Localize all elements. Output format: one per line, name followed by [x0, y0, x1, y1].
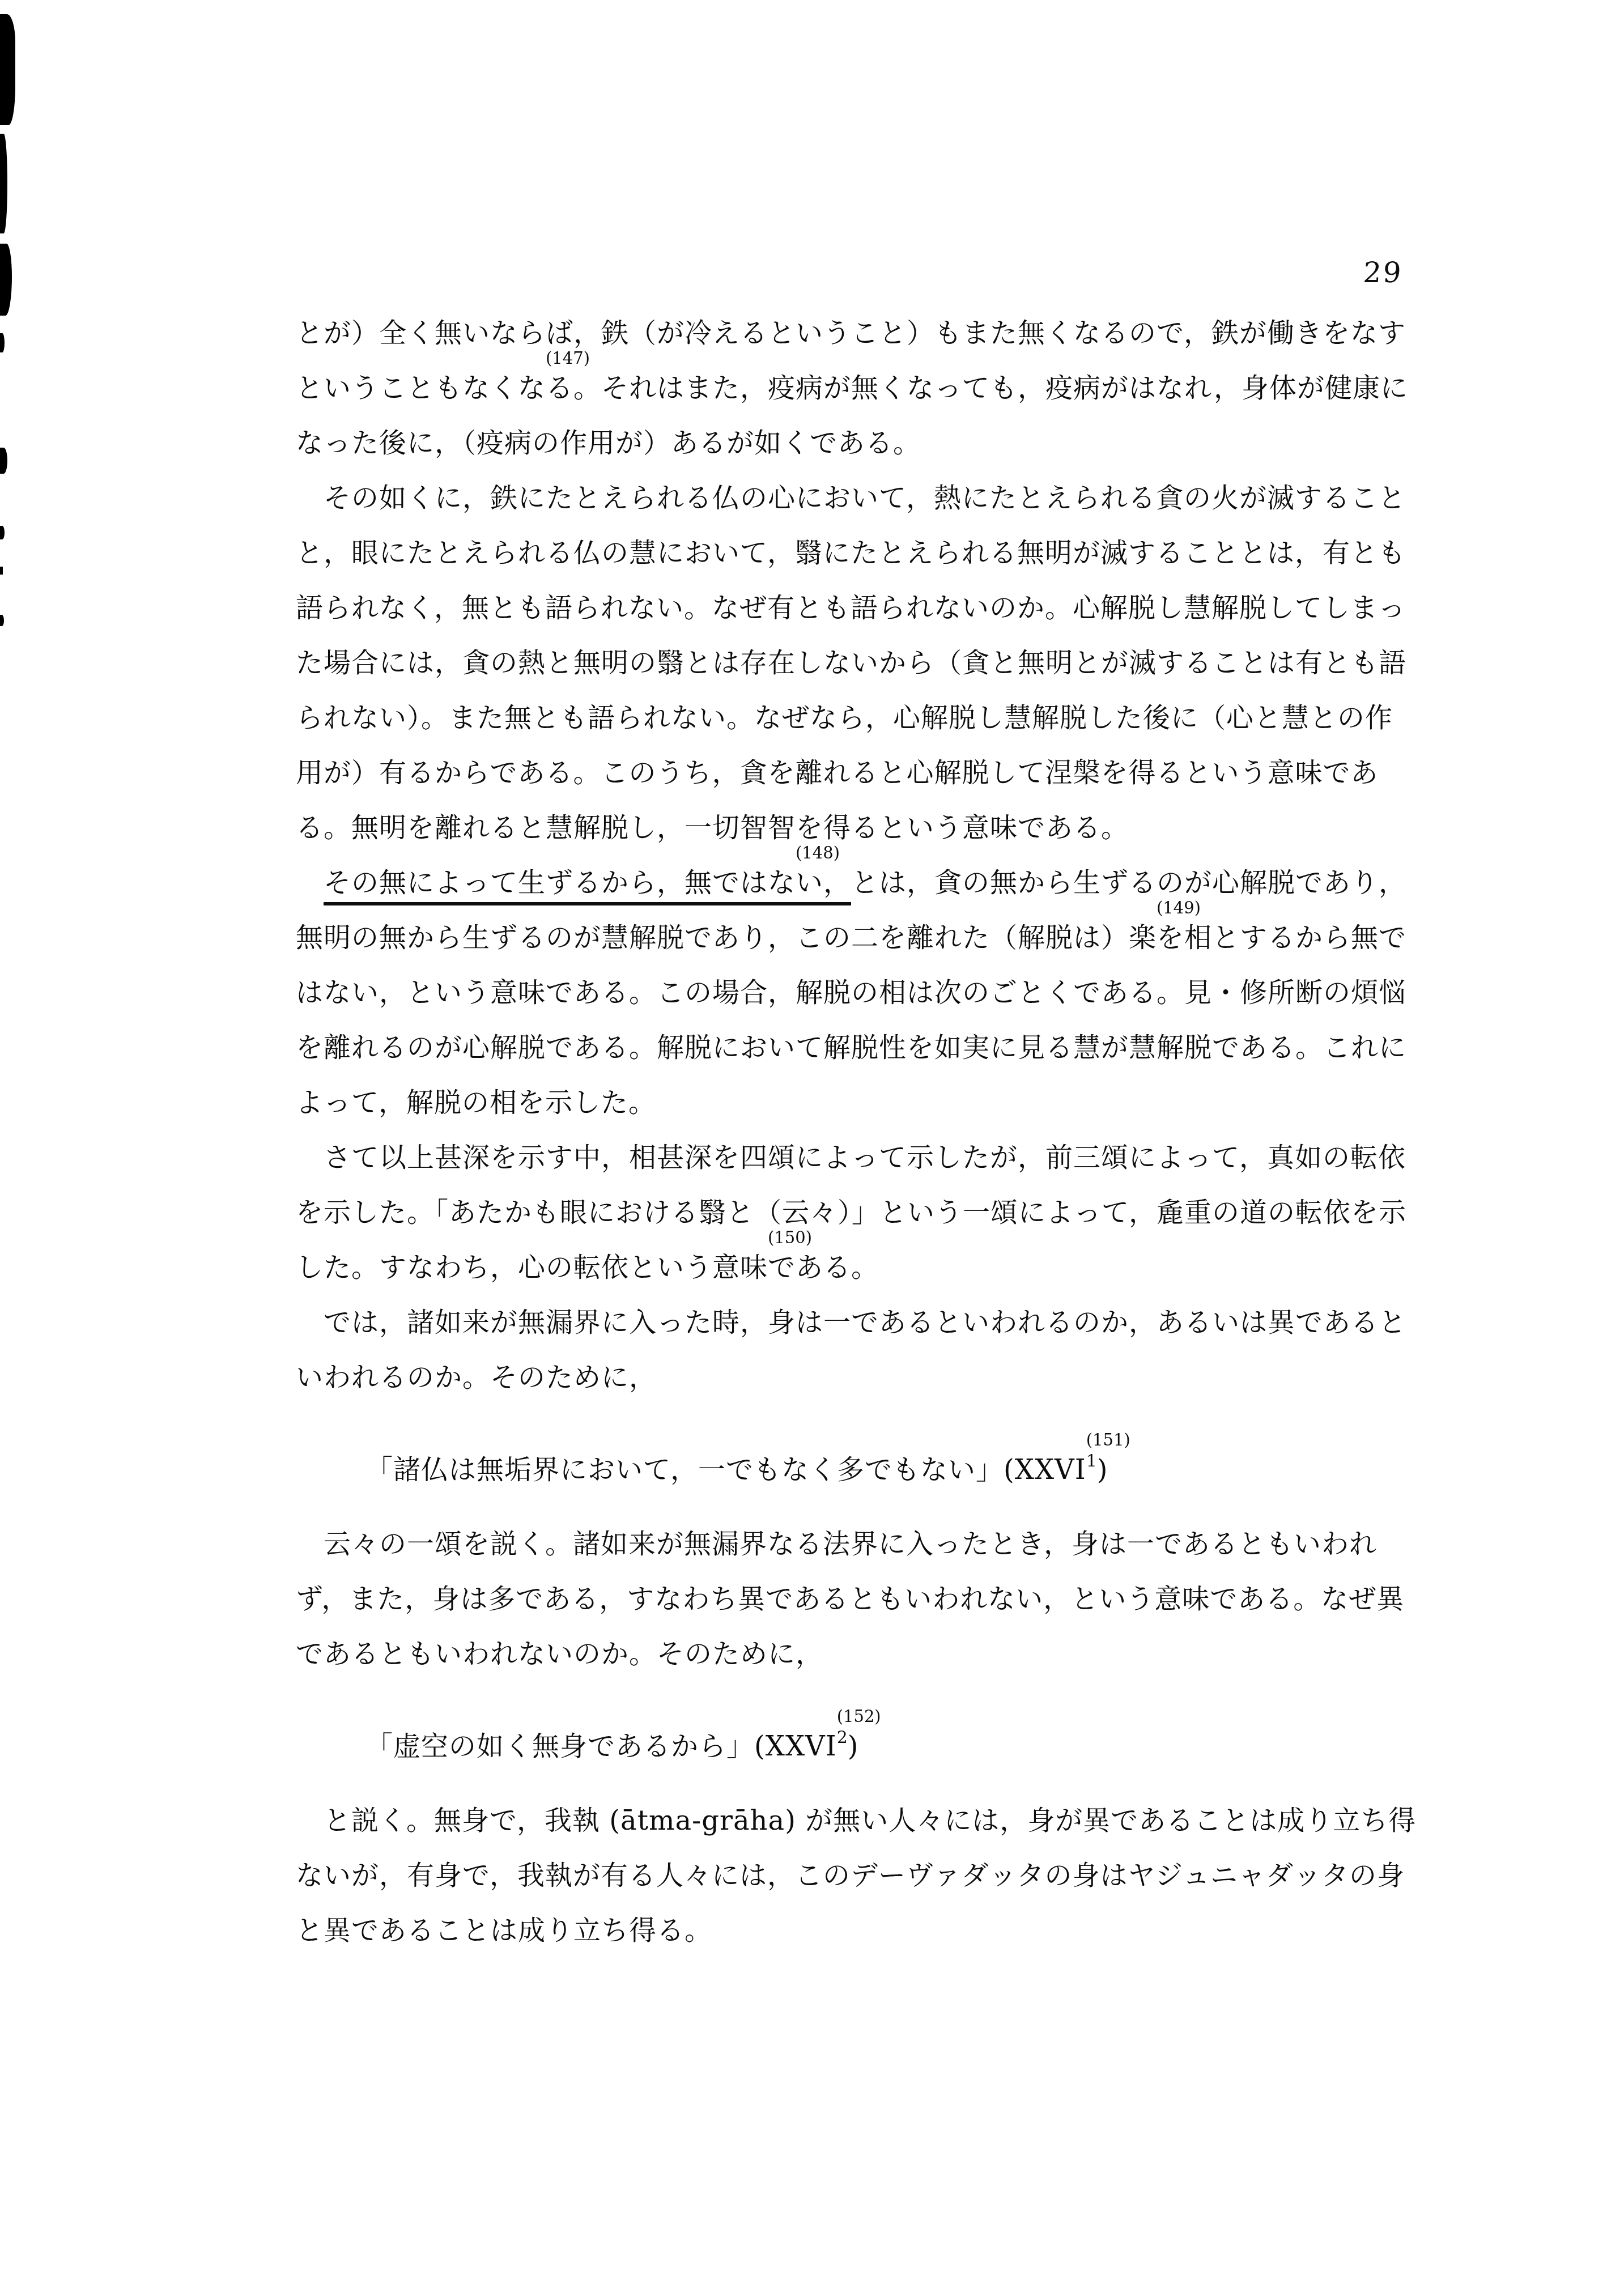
text-line: では，諸如来が無漏界に入った時，身は一であるといわれるのか，あるいは異であると — [296, 1295, 1508, 1350]
text-line: した。すなわち，心の転依という意味(150)である。 — [296, 1240, 1508, 1295]
underlined-text: その無によって生ずるから，無ではな — [324, 867, 796, 905]
text-line: さて以上甚深を示す中，相甚深を四頌によって示したが，前三頌によって，真如の転依 — [296, 1130, 1508, 1185]
scan-artifact — [0, 448, 7, 474]
text-line: た場合には，貪の熱と無明の翳とは存在しないから（貪と無明とが滅することは有とも語 — [296, 636, 1508, 691]
verse-line: 「虚空の如く無身であるから」(XXVI(152)2) — [296, 1710, 1508, 1765]
text-segment: 云々の一頌を説く。諸如来が無漏界なる法界に入ったとき，身は一であるともいわれ — [324, 1528, 1377, 1560]
text-line: いわれるのか。そのために， — [296, 1350, 1508, 1405]
text-line: を離れるのが心解脱である。解脱において解脱性を如実に見る慧が慧解脱である。これに — [296, 1021, 1508, 1075]
text-segment: とが）全く無いならば，鉄（が冷えるということ）もまた無くなるので，鉄が働きをなす — [296, 317, 1406, 349]
text-segment: る。無明を離れると慧解脱し，一切智智を得るという意味である。 — [296, 812, 1129, 844]
text-segment: である。 — [768, 1252, 879, 1283]
text-segment: と，眼にたとえられる仏の慧において，翳にたとえられる無明が滅することとは，有とも — [296, 537, 1406, 569]
text-segment: さて以上甚深を示す中，相甚深を四頌によって示したが，前三頌によって，真如の転依 — [324, 1142, 1406, 1173]
verse-superscript: 1 — [1086, 1451, 1097, 1471]
text-segment: と異であることは成り立ち得る。 — [296, 1915, 712, 1946]
text-segment: を相とするから無で — [1157, 922, 1406, 954]
text-line: ず，また，身は多である，すなわち異であるともいわれない，という意味である。なぜ異 — [296, 1572, 1508, 1627]
text-segment: 無明の無から生ずるのが慧解脱であり，この二を離れた（解脱は）楽 — [296, 922, 1157, 954]
text-line: られない）。また無とも語られない。なぜなら，心解脱し慧解脱した後に（心と慧との作 — [296, 691, 1508, 746]
scan-artifact — [0, 14, 15, 125]
text-line: 無明の無から生ずるのが慧解脱であり，この二を離れた（解脱は）楽(149)を相とす… — [296, 911, 1508, 966]
text-line: る。無明を離れると慧解脱し，一切智智を得るという意味である。 — [296, 801, 1508, 856]
text-segment: 語られなく，無とも語られない。なぜ有とも語られないのか。心解脱し慧解脱してしまっ — [296, 592, 1406, 624]
verse-line: 「諸仏は無垢界において，一でもなく多でもない」(XXVI(151)1) — [296, 1434, 1508, 1489]
text-segment: ということもなくな — [296, 372, 546, 404]
text-segment: 用が）有るからである。このうち，貪を離れると心解脱して涅槃を得るという意味であ — [296, 757, 1379, 789]
text-line: なった後に，（疫病の作用が）あるが如くである。 — [296, 416, 1508, 471]
text-segment: いわれるのか。そのために， — [296, 1362, 657, 1393]
text-line: と異であることは成り立ち得る。 — [296, 1903, 1508, 1958]
text-line: を示した。「あたかも眼における翳と（云々）」という一頌によって，麁重の道の転依を… — [296, 1185, 1508, 1240]
text-line: はない，という意味である。この場合，解脱の相は次のごとくである。見・修所断の煩悩 — [296, 966, 1508, 1021]
text-segment: 「虚空の如く無身であるから」(XXVI — [365, 1730, 837, 1762]
text-segment: られない）。また無とも語られない。なぜなら，心解脱し慧解脱した後に（心と慧との作 — [296, 702, 1393, 734]
text-line: 云々の一頌を説く。諸如来が無漏界なる法界に入ったとき，身は一であるともいわれ — [296, 1517, 1508, 1572]
text-block: とが）全く無いならば，鉄（が冷えるということ）もまた無くなるので，鉄が働きをなす… — [296, 306, 1508, 1958]
scan-artifact — [0, 526, 5, 539]
scan-artifact — [0, 615, 4, 626]
text-segment: はない，という意味である。この場合，解脱の相は次のごとくである。見・修所断の煩悩 — [296, 977, 1406, 1009]
text-segment: その如くに，鉄にたとえられる仏の心において，熱にたとえられる貪の火が滅すること — [324, 482, 1406, 514]
text-segment: よって，解脱の相を示した。 — [296, 1087, 656, 1119]
scan-artifact — [0, 244, 12, 316]
text-line: 用が）有るからである。このうち，貪を離れると心解脱して涅槃を得るという意味であ — [296, 746, 1508, 801]
text-line: と，眼にたとえられる仏の慧において，翳にたとえられる無明が滅することとは，有とも — [296, 526, 1508, 581]
page-number: 29 — [1362, 256, 1404, 289]
text-segment: と説く。無身で，我執 (ātma-grāha) が無い人々には，身が異であること… — [324, 1805, 1416, 1836]
text-segment: ず，また，身は多である，すなわち異であるともいわれない，という意味である。なぜ異 — [296, 1583, 1404, 1615]
text-line: と説く。無身で，我執 (ātma-grāha) が無い人々には，身が異であること… — [296, 1793, 1508, 1848]
text-segment: であるともいわれないのか。そのために， — [296, 1638, 823, 1670]
text-line: その無によって生ずるから，無ではな(148)い，とは，貪の無から生ずるのが心解脱… — [296, 856, 1508, 911]
text-segment: とは，貪の無から生ずるのが心解脱であり， — [851, 867, 1406, 899]
text-line: よって，解脱の相を示した。 — [296, 1075, 1508, 1130]
text-segment: を示した。「あたかも眼における翳と（云々）」という一頌によって，麁重の道の転依を… — [296, 1197, 1406, 1228]
text-segment: を離れるのが心解脱である。解脱において解脱性を如実に見る慧が慧解脱である。これに — [296, 1032, 1406, 1064]
text-segment: ) — [848, 1730, 859, 1762]
scan-artifact — [0, 333, 5, 352]
text-segment: た場合には，貪の熱と無明の翳とは存在しないから（貪と無明とが滅することは有とも語 — [296, 647, 1406, 679]
text-line: とが）全く無いならば，鉄（が冷えるということ）もまた無くなるので，鉄が働きをなす — [296, 306, 1508, 361]
scan-artifact — [0, 567, 3, 575]
scan-artifact — [0, 134, 7, 233]
text-segment: 「諸仏は無垢界において，一でもなく多でもない」(XXVI — [365, 1454, 1086, 1486]
text-line: ということもなくな(147)る。それはまた，疫病が無くなっても，疫病がはなれ，身… — [296, 361, 1508, 416]
text-segment: る。それはまた，疫病が無くなっても，疫病がはなれ，身体が健康に — [546, 372, 1408, 404]
scanned-page: 29 とが）全く無いならば，鉄（が冷えるということ）もまた無くなるので，鉄が働き… — [0, 0, 1624, 2296]
text-line: ないが，有身で，我執が有る人々には，このデーヴァダッタの身はヤジュニャダッタの身 — [296, 1848, 1508, 1903]
text-segment: ) — [1097, 1454, 1108, 1486]
text-line: その如くに，鉄にたとえられる仏の心において，熱にたとえられる貪の火が滅すること — [296, 471, 1508, 526]
text-segment: ないが，有身で，我執が有る人々には，このデーヴァダッタの身はヤジュニャダッタの身 — [296, 1860, 1405, 1891]
verse-superscript: 2 — [837, 1728, 848, 1747]
text-segment: では，諸如来が無漏界に入った時，身は一であるといわれるのか，あるいは異であると — [324, 1307, 1406, 1338]
text-segment: した。すなわち，心の転依という意味 — [296, 1252, 768, 1283]
text-line: 語られなく，無とも語られない。なぜ有とも語られないのか。心解脱し慧解脱してしまっ — [296, 581, 1508, 636]
text-segment: なった後に，（疫病の作用が）あるが如くである。 — [296, 427, 921, 459]
text-line: であるともいわれないのか。そのために， — [296, 1627, 1508, 1682]
underlined-text: い， — [796, 867, 851, 905]
